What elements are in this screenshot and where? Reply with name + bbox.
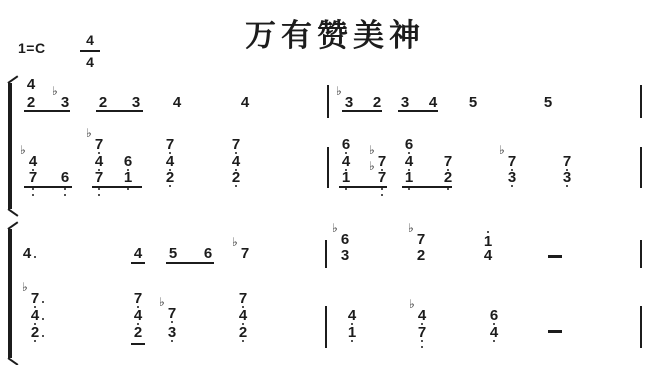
augmentation-dot-icon: [34, 256, 36, 258]
note-digit: 7♭: [377, 156, 387, 168]
digit: 4: [166, 153, 174, 170]
digit: 1: [405, 169, 413, 186]
system-bracket: [8, 83, 12, 209]
digit: 1: [124, 169, 132, 186]
digit: 4: [241, 94, 249, 111]
digit: 7: [378, 169, 386, 186]
note-digit: 2: [165, 172, 175, 184]
octave-dot-below-icon: [64, 194, 66, 196]
octave-dot-below-icon: [421, 340, 423, 342]
note-digit: 3: [507, 172, 517, 184]
digit: 3: [563, 169, 571, 186]
note-digit: 7♭: [167, 308, 177, 320]
note-digit: 6: [123, 156, 133, 168]
eighth-beam-line: [398, 110, 438, 112]
digit: 7: [241, 245, 249, 262]
eighth-beam-line: [24, 110, 70, 112]
digit: 3: [168, 324, 176, 341]
octave-dot-below-icon: [127, 188, 129, 190]
digit: 1: [348, 324, 356, 341]
octave-dot-below-icon: [32, 194, 34, 196]
note-digit: 6: [341, 139, 351, 151]
digit: 5: [169, 245, 177, 262]
octave-dot-below-icon: [34, 340, 36, 342]
note-digit: 2: [231, 172, 241, 184]
eighth-beam-line: [131, 262, 145, 264]
flat-accidental-icon: ♭: [369, 161, 375, 171]
eighth-beam-line: [24, 186, 72, 188]
note-digit: 4: [238, 310, 248, 322]
barline: [325, 240, 327, 268]
note-digit: 2: [372, 97, 382, 109]
digit: 7: [378, 153, 386, 170]
octave-dot-below-icon: [511, 185, 513, 187]
octave-dot-below-icon: [381, 194, 383, 196]
eighth-beam-line: [96, 110, 143, 112]
digit: 7: [563, 153, 571, 170]
note-digit: 5: [168, 248, 178, 260]
time-denominator: 4: [78, 52, 102, 69]
note-digit: 6: [60, 172, 70, 184]
note-digit: 6♭: [340, 234, 350, 246]
note-digit: 1: [341, 172, 351, 184]
flat-accidental-icon: ♭: [20, 145, 26, 155]
digit: 7: [31, 290, 39, 307]
digit: 3: [132, 94, 140, 111]
note-digit: 4: [22, 248, 32, 260]
note-digit: 2: [98, 97, 108, 109]
flat-accidental-icon: ♭: [408, 223, 414, 233]
page-title: 万有赞美神: [245, 10, 425, 55]
digit: 6: [342, 136, 350, 153]
eighth-beam-line: [402, 186, 452, 188]
note-digit: 4: [404, 156, 414, 168]
note-digit: 4: [347, 310, 357, 322]
octave-dot-below-icon: [169, 185, 171, 187]
note-digit: 7♭: [507, 156, 517, 168]
flat-accidental-icon: ♭: [86, 128, 92, 138]
digit: 2: [27, 94, 35, 111]
note-digit: 4: [26, 79, 36, 91]
digit: 4: [484, 247, 492, 264]
note-digit: 7: [94, 172, 104, 184]
note-digit: 7: [238, 293, 248, 305]
digit: 3: [401, 94, 409, 111]
note-digit: 2: [30, 327, 40, 339]
note-digit: 4: [172, 97, 182, 109]
digit: 2: [232, 169, 240, 186]
note-digit: 1: [123, 172, 133, 184]
note-digit: 3: [340, 250, 350, 262]
digit: 7: [239, 290, 247, 307]
octave-dot-below-icon: [32, 188, 34, 190]
augmentation-dot-icon: [42, 301, 44, 303]
barline: [640, 85, 642, 118]
octave-dot-below-icon: [351, 340, 353, 342]
octave-dot-below-icon: [447, 188, 449, 190]
flat-accidental-icon: ♭: [332, 223, 338, 233]
note-digit: 7: [28, 172, 38, 184]
note-digit: 4: [165, 156, 175, 168]
note-digit: 3♭: [344, 97, 354, 109]
digit: 2: [373, 94, 381, 111]
digit: 4: [27, 76, 35, 93]
time-numerator: 4: [78, 31, 102, 50]
octave-dot-below-icon: [345, 188, 347, 190]
octave-dot-below-icon: [408, 188, 410, 190]
digit: 3: [345, 94, 353, 111]
digit: 5: [469, 94, 477, 111]
barline: [327, 147, 329, 188]
digit: 2: [239, 324, 247, 341]
note-digit: 7: [417, 327, 427, 339]
eighth-beam-line: [342, 110, 382, 112]
octave-dot-below-icon: [421, 346, 423, 348]
note-digit: 2: [26, 97, 36, 109]
eighth-beam-line: [92, 186, 142, 188]
note-digit: 4♭: [28, 156, 38, 168]
digit: 3: [341, 247, 349, 264]
digit: 2: [31, 324, 39, 341]
note-digit: 1: [347, 327, 357, 339]
octave-dot-below-icon: [98, 188, 100, 190]
note-digit: 6: [489, 310, 499, 322]
digit: 7: [95, 136, 103, 153]
flat-accidental-icon: ♭: [336, 86, 342, 96]
digit: 7: [29, 169, 37, 186]
digit: 4: [134, 245, 142, 262]
octave-dot-below-icon: [171, 340, 173, 342]
duration-dash: [548, 330, 562, 333]
note-digit: 7♭: [240, 248, 250, 260]
note-digit: 5: [468, 97, 478, 109]
digit: 6: [405, 136, 413, 153]
digit: 7: [166, 136, 174, 153]
note-digit: 3♭: [60, 97, 70, 109]
note-digit: 4: [489, 327, 499, 339]
octave-dot-below-icon: [98, 194, 100, 196]
note-digit: 3: [400, 97, 410, 109]
digit: 6: [490, 307, 498, 324]
digit: 2: [166, 169, 174, 186]
note-digit: 7: [133, 293, 143, 305]
note-digit: 4: [231, 156, 241, 168]
digit: 4: [23, 245, 31, 262]
key-signature: 1=C: [18, 40, 46, 56]
barline: [327, 85, 329, 118]
eighth-beam-line: [131, 343, 145, 345]
digit: 6: [124, 153, 132, 170]
note-digit: 2: [443, 172, 453, 184]
octave-dot-below-icon: [566, 185, 568, 187]
digit: 4: [134, 307, 142, 324]
flat-accidental-icon: ♭: [232, 237, 238, 247]
note-digit: 7♭: [416, 234, 426, 246]
note-digit: 6: [203, 248, 213, 260]
note-digit: 2: [238, 327, 248, 339]
digit: 4: [232, 153, 240, 170]
note-digit: 3: [131, 97, 141, 109]
digit: 7: [418, 324, 426, 341]
note-digit: 2: [133, 327, 143, 339]
digit: 4: [29, 153, 37, 170]
digit: 2: [134, 324, 142, 341]
note-digit: 4: [94, 156, 104, 168]
digit: 7: [95, 169, 103, 186]
duration-dash: [548, 255, 562, 258]
note-digit: 4: [428, 97, 438, 109]
digit: 7: [444, 153, 452, 170]
barline: [640, 240, 642, 268]
octave-dot-below-icon: [381, 188, 383, 190]
note-digit: 6: [404, 139, 414, 151]
note-digit: 3: [167, 327, 177, 339]
sheet-music-page: 1=C 4 4 万有赞美神 423♭23443♭234554♭767♭47617…: [0, 0, 646, 365]
digit: 4: [405, 153, 413, 170]
eighth-beam-line: [339, 186, 387, 188]
barline: [640, 306, 642, 348]
note-digit: 7♭: [94, 139, 104, 151]
digit: 4: [173, 94, 181, 111]
digit: 2: [444, 169, 452, 186]
note-digit: 4: [133, 248, 143, 260]
flat-accidental-icon: ♭: [499, 145, 505, 155]
digit: 6: [61, 169, 69, 186]
digit: 7: [168, 305, 176, 322]
note-digit: 2: [416, 250, 426, 262]
flat-accidental-icon: ♭: [22, 282, 28, 292]
system-bracket: [8, 229, 12, 358]
digit: 7: [134, 290, 142, 307]
note-digit: 4: [30, 310, 40, 322]
digit: 4: [95, 153, 103, 170]
digit: 4: [342, 153, 350, 170]
octave-dot-below-icon: [235, 185, 237, 187]
note-digit: 4: [483, 250, 493, 262]
flat-accidental-icon: ♭: [369, 145, 375, 155]
note-digit: 4: [341, 156, 351, 168]
digit: 4: [429, 94, 437, 111]
note-digit: 7♭: [377, 172, 387, 184]
digit: 3: [61, 94, 69, 111]
flat-accidental-icon: ♭: [52, 86, 58, 96]
flat-accidental-icon: ♭: [159, 297, 165, 307]
barline: [325, 306, 327, 348]
flat-accidental-icon: ♭: [409, 299, 415, 309]
digit: 3: [508, 169, 516, 186]
note-digit: 4♭: [417, 310, 427, 322]
digit: 4: [239, 307, 247, 324]
digit: 4: [490, 324, 498, 341]
note-digit: 3: [562, 172, 572, 184]
note-digit: 5: [543, 97, 553, 109]
barline: [640, 147, 642, 188]
digit: 7: [508, 153, 516, 170]
digit: 7: [417, 231, 425, 248]
digit: 4: [418, 307, 426, 324]
note-digit: 4: [133, 310, 143, 322]
octave-dot-below-icon: [64, 188, 66, 190]
note-digit: 4: [240, 97, 250, 109]
digit: 2: [417, 247, 425, 264]
octave-dot-below-icon: [493, 340, 495, 342]
digit: 1: [342, 169, 350, 186]
augmentation-dot-icon: [42, 318, 44, 320]
note-digit: 7: [165, 139, 175, 151]
digit: 7: [232, 136, 240, 153]
time-signature: 4 4: [78, 31, 102, 69]
digit: 5: [544, 94, 552, 111]
digit: 4: [348, 307, 356, 324]
note-digit: 7: [231, 139, 241, 151]
digit: 4: [31, 307, 39, 324]
digit: 6: [204, 245, 212, 262]
octave-dot-below-icon: [242, 340, 244, 342]
note-digit: 7: [443, 156, 453, 168]
digit: 2: [99, 94, 107, 111]
note-digit: 7♭: [30, 293, 40, 305]
digit: 6: [341, 231, 349, 248]
note-digit: 7: [562, 156, 572, 168]
eighth-beam-line: [166, 262, 214, 264]
augmentation-dot-icon: [42, 335, 44, 337]
note-digit: 1: [404, 172, 414, 184]
